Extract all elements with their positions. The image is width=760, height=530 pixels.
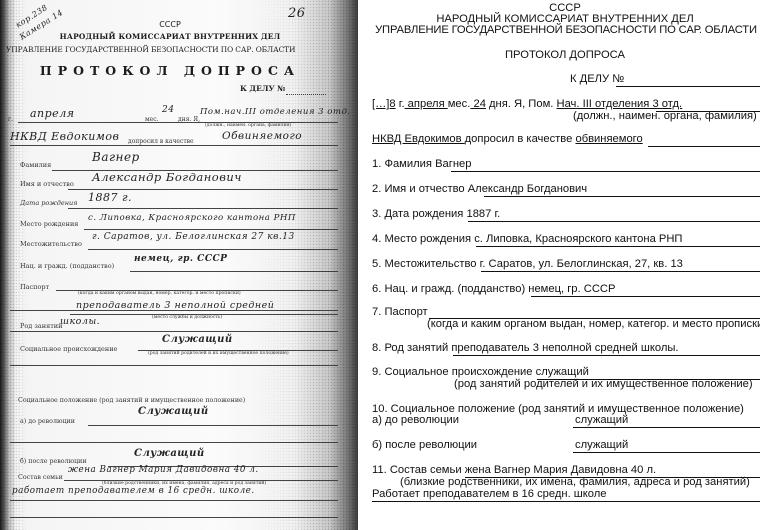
field-occupation: 8. Род занятий преподаватель 3 неполной … (372, 342, 679, 355)
case-number-label: К ДЕЛУ № (570, 73, 624, 86)
scan-field-value: немец, гр. СССР (134, 254, 227, 264)
scan-before-label: а) до революции (20, 418, 75, 425)
after-revolution-label: б) после революции (372, 439, 477, 452)
scan-field-caption: (место службы и должность) (152, 315, 222, 320)
officer-position: Нач. III отделения 3 отд. (556, 98, 682, 110)
scan-field-value: г. Саратов, ул. Белоглинская 27 кв.13 (92, 232, 295, 242)
capacity-value: обвиняемого (575, 133, 642, 145)
before-revolution-value: служащий (575, 414, 628, 427)
scan-rule (10, 500, 338, 501)
scan-rule (84, 229, 338, 230)
field-label: 2. Имя и отчество (372, 183, 468, 195)
scan-rule (88, 249, 338, 250)
field-label: 9. Социальное происхождение (372, 366, 536, 378)
scan-header-country: СССР (0, 20, 340, 29)
year-value: […]8 (372, 98, 396, 110)
scan-field-value: Вагнер (92, 150, 140, 164)
scan-rule (10, 365, 338, 366)
scan-case-line (286, 94, 326, 95)
interrogator-line: НКВД Евдокимов допросил в качестве обвин… (372, 133, 643, 146)
scan-field-value: преподаватель 3 неполной средней (76, 300, 274, 311)
rule (468, 221, 760, 222)
field-value: Александр Богданович (468, 183, 587, 195)
scan-field-value: с. Липовка, Красноярского кантона РНП (88, 213, 296, 223)
scan-rule (68, 189, 338, 190)
field-value: Вагнер (435, 158, 471, 170)
scan-field-label: Фамилия (20, 161, 51, 169)
scan-header-ministry: НАРОДНЫЙ КОМИССАРИАТ ВНУТРЕННИХ ДЕЛ (0, 32, 340, 41)
year-label: г. (396, 98, 405, 110)
before-revolution-label: а) до революции (372, 414, 459, 427)
scan-title: ПРОТОКОЛ ДОПРОСА (0, 63, 340, 78)
document-title: ПРОТОКОЛ ДОПРОСА (370, 49, 760, 62)
month-label: мес. (448, 98, 471, 110)
field-label: 8. Род занятий (372, 342, 451, 354)
scan-field-label: Социальное происхождение (20, 345, 117, 353)
scanned-original-document: кор.238 Камера 14 26 СССР НАРОДНЫЙ КОМИС… (0, 0, 358, 530)
day-value: 24 (470, 98, 486, 110)
scan-field-label: Местожительство (20, 240, 82, 248)
scan-field-value: Служащий (162, 334, 233, 345)
interrogator-name: НКВД Евдокимов (372, 133, 465, 145)
field-label: 3. Дата рождения (372, 208, 466, 220)
scan-rule (68, 208, 338, 209)
field-value: немец, гр. СССР (528, 283, 615, 295)
scan-year-label: г. (8, 116, 13, 123)
rule (476, 246, 760, 247)
scan-field-value: 1887 г. (88, 191, 132, 204)
field-value: преподаватель 3 неполной средней школы. (451, 342, 678, 354)
rule (573, 452, 760, 453)
case-number-line (616, 86, 760, 87)
field-name-patronymic: 2. Имя и отчество Александр Богданович (372, 183, 587, 196)
field-birth-date: 3. Дата рождения 1887 г. (372, 208, 500, 221)
scan-field-value2: школы. (60, 316, 100, 327)
scan-field-label: Место рождения (20, 220, 78, 228)
field-label: 1. Фамилия (372, 158, 435, 170)
field-label: 11. Состав семьи (372, 464, 465, 476)
scan-field-value: Александр Богданович (92, 170, 242, 184)
header-department: УПРАВЛЕНИЕ ГОСУДАРСТВЕННОЙ БЕЗОПАСНОСТИ … (372, 24, 760, 37)
scan-header-department: УПРАВЛЕНИЕ ГОСУДАРСТВЕННОЙ БЕЗОПАСНОСТИ … (6, 45, 295, 54)
rule (481, 271, 760, 272)
social-origin-caption: (род занятий родителей и их имущественно… (454, 378, 753, 391)
rule (573, 427, 760, 428)
scan-officer-name: НКВД Евдокимов (10, 130, 119, 143)
scan-rule (10, 442, 338, 443)
rule (648, 146, 760, 147)
scan-field-label: Нац. и гражд. (подданство) (20, 262, 114, 270)
scan-family-label: Состав семьи (18, 474, 63, 481)
field-nationality: 6. Нац. и гражд. (подданство) немец, гр.… (372, 283, 615, 296)
scan-day: 24 (162, 105, 174, 115)
rule (484, 196, 760, 197)
scan-family-value2: работает преподавателем в 16 средн. школ… (12, 486, 255, 496)
scan-after-value: Служащий (134, 448, 205, 459)
field-label: 4. Место рождения (372, 233, 474, 245)
officer-caption: (должн., наимен. органа, фамилия) (573, 110, 757, 123)
scan-field-label: Дата рождения (20, 199, 77, 207)
scan-field-caption: (род занятий родителей и их имущественно… (148, 351, 289, 356)
rule (453, 355, 760, 356)
month-value: апреля (405, 98, 448, 110)
field-value: с. Липовка, Красноярского кантона РНП (474, 233, 682, 245)
scan-rule (10, 517, 338, 518)
scan-field-caption: (когда и каким органом выдан, номер, кат… (78, 291, 241, 296)
scan-rule (10, 331, 338, 332)
field-value: 1887 г. (466, 208, 500, 220)
scan-case-label: К ДЕЛУ № (240, 84, 285, 93)
family-value2: Работает преподавателем в 16 средн. школ… (372, 488, 607, 501)
scan-after-label: б) после революции (20, 458, 87, 465)
field-label: 7. Паспорт (372, 306, 428, 318)
capacity-label: допросил в качестве (465, 133, 576, 145)
rule (531, 296, 760, 297)
scan-capacity: Обвиняемого (222, 130, 302, 142)
transcription-panel: СССР НАРОДНЫЙ КОМИССАРИАТ ВНУТРЕННИХ ДЕЛ… (358, 0, 760, 530)
field-birth-place: 4. Место рождения с. Липовка, Красноярск… (372, 233, 682, 246)
scan-month: апреля (30, 107, 74, 120)
scan-field-label: Род занятий (20, 322, 62, 330)
field-label: 5. Местожительство (372, 258, 480, 270)
scan-officer: Пом.нач.III отделения 3 отд. (200, 107, 351, 117)
passport-caption: (когда и каким органом выдан, номер, кат… (427, 318, 760, 331)
day-label: дня. Я, Пом. (486, 98, 557, 110)
scan-social-status-label: Социальное положение (род занятий и имущ… (18, 397, 245, 404)
scan-rule (10, 145, 338, 146)
rule (372, 501, 760, 502)
scan-field-label: Паспорт (20, 283, 49, 291)
scan-officer-caption: (должн., наимен. органа, фамилия) (205, 123, 291, 128)
field-residence: 5. Местожительство г. Саратов, ул. Белог… (372, 258, 683, 271)
scan-rule (88, 425, 338, 426)
scan-family-value: жена Вагнер Мария Давидовна 40 л. (68, 465, 259, 475)
scan-before-value: Служащий (138, 406, 209, 417)
scan-field-label: Имя и отчество (20, 180, 74, 188)
field-label: 6. Нац. и гражд. (подданство) (372, 283, 528, 295)
after-revolution-value: служащий (575, 439, 628, 452)
page-number: 26 (288, 6, 306, 21)
scan-capacity-label: допросил в качестве (128, 138, 194, 145)
scan-rule (130, 271, 338, 272)
field-passport: 7. Паспорт (372, 306, 428, 319)
field-surname: 1. Фамилия Вагнер (372, 158, 471, 171)
field-value: служащий (536, 366, 589, 378)
field-value: г. Саратов, ул. Белоглинская, 27, кв. 13 (480, 258, 683, 270)
rule (451, 171, 760, 172)
field-value: жена Вагнер Мария Давидовна 40 л. (465, 464, 656, 476)
